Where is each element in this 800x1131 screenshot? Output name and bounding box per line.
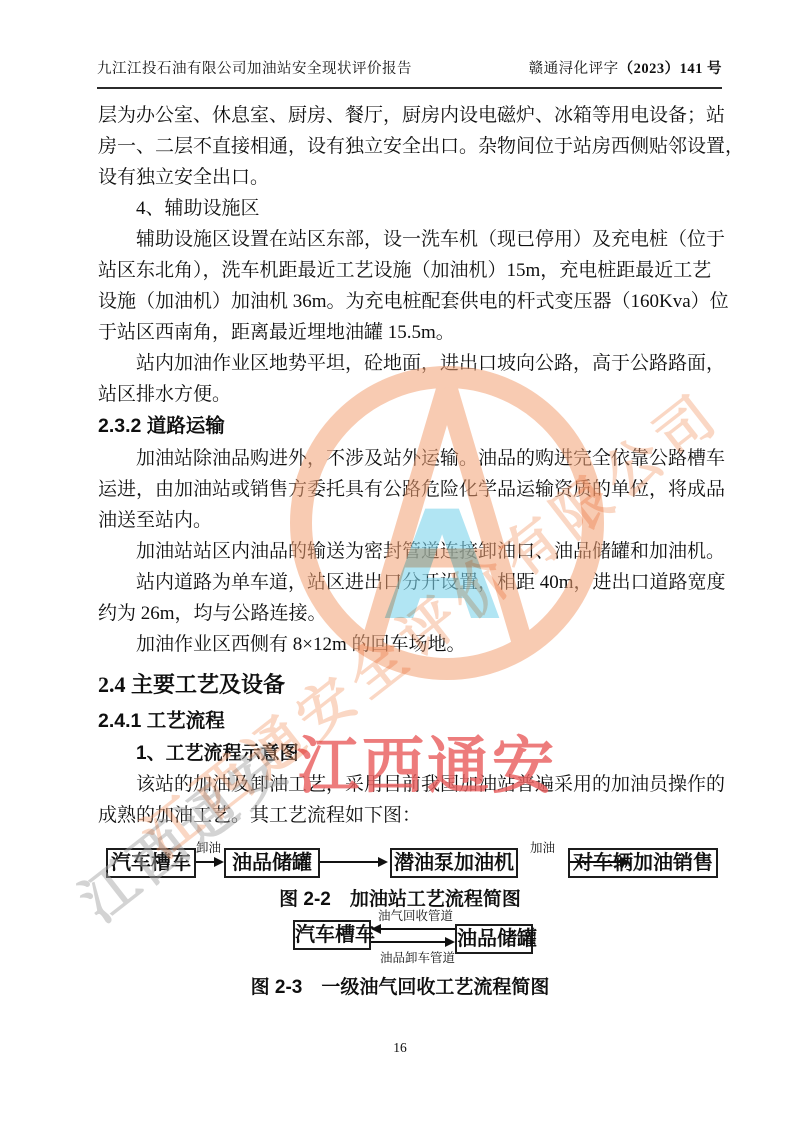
flow-arrowhead <box>371 924 381 934</box>
flow-box-oil-storage-tank: 油品储罐 <box>224 848 320 878</box>
list-item-4: 4、辅助设施区 <box>98 193 724 224</box>
flow-box-refuel-sales: 对车辆加油销售 <box>568 848 718 878</box>
heading-2-3-2: 2.3.2 道路运输 <box>98 410 724 443</box>
heading-2-4: 2.4 主要工艺及设备 <box>98 665 724 705</box>
flow-arrowhead <box>214 857 224 867</box>
document-page: 九江江投石油有限公司加油站安全现状评价报告 赣通浔化评字（2023）141 号 … <box>0 0 800 1131</box>
header-report-title: 九江江投石油有限公司加油站安全现状评价报告 <box>97 57 412 78</box>
flow-arrow-label-oil-unloading-pipe: 油品卸车管道 <box>380 952 455 965</box>
page-number: 16 <box>0 1040 800 1056</box>
figure-2-2-caption: 图 2-2 加油站工艺流程简图 <box>0 884 800 911</box>
flow-arrowhead <box>620 857 630 867</box>
text-line: 站区排水方便。 <box>98 379 724 410</box>
heading-2-4-1: 2.4.1 工艺流程 <box>98 705 724 738</box>
text-line: 房一、二层不直接相通，设有独立安全出口。杂物间位于站房西侧贴邻设置， <box>98 131 724 162</box>
flow-box-oil-storage-tank: 油品储罐 <box>455 924 533 954</box>
flow-arrow-label-refuel: 加油 <box>530 842 555 855</box>
text-line: 设有独立安全出口。 <box>98 162 724 193</box>
text-line: 油送至站内。 <box>98 505 724 536</box>
flow-box-tanker-truck: 汽车槽车 <box>293 920 371 950</box>
heading-flow-diagram: 1、工艺流程示意图 <box>98 738 724 769</box>
figure-2-3-caption: 图 2-3 一级油气回收工艺流程简图 <box>0 972 800 999</box>
text-line: 加油站除油品购进外，不涉及站外运输。油品的购进完全依靠公路槽车 <box>98 443 724 474</box>
flow-box-tanker-truck: 汽车槽车 <box>106 848 196 878</box>
page-header: 九江江投石油有限公司加油站安全现状评价报告 赣通浔化评字（2023）141 号 <box>97 57 722 89</box>
flow-arrow-line <box>320 861 380 863</box>
flow-arrow-line <box>371 941 446 943</box>
header-doc-number-prefix: 赣通浔化评字 <box>529 61 619 77</box>
text-line: 约为 26m，均与公路连接。 <box>98 598 724 629</box>
flow-arrow-line <box>380 928 455 930</box>
body-text: 层为办公室、休息室、厨房、餐厅，厨房内设电磁炉、冰箱等用电设备；站 房一、二层不… <box>98 100 724 831</box>
text-line: 层为办公室、休息室、厨房、餐厅，厨房内设电磁炉、冰箱等用电设备；站 <box>98 100 724 131</box>
header-doc-number: 赣通浔化评字（2023）141 号 <box>529 57 722 78</box>
text-line: 站区东北角），洗车机距最近工艺设施（加油机）15m，充电桩距最近工艺 <box>98 255 724 286</box>
text-line: 运进，由加油站或销售方委托具有公路危险化学品运输资质的单位，将成品 <box>98 474 724 505</box>
text-line: 站内加油作业区地势平坦，砼地面，进出口坡向公路，高于公路路面， <box>98 348 724 379</box>
text-line: 加油作业区西侧有 8×12m 的回车场地。 <box>98 629 724 660</box>
text-line: 设施（加油机）加油机 36m。为充电桩配套供电的杆式变压器（160Kva）位 <box>98 286 724 317</box>
flow-arrowhead <box>445 937 455 947</box>
figure-2-2-flow-diagram: 汽车槽车 卸油 油品储罐 潜油泵加油机 加油 对车辆加油销售 <box>98 842 722 884</box>
flow-arrow-line <box>196 861 216 863</box>
header-doc-number-bold: （2023）141 号 <box>619 61 722 77</box>
text-line: 站内道路为单车道，站区进出口分开设置，相距 40m，进出口道路宽度 <box>98 567 724 598</box>
figure-2-3-flow-diagram: 汽车槽车 油品储罐 油气回收管道 油品卸车管道 <box>98 908 722 970</box>
text-line: 于站区西南角，距离最近埋地油罐 15.5m。 <box>98 317 724 348</box>
flow-arrowhead <box>378 857 388 867</box>
flow-arrow-line <box>570 861 622 863</box>
text-line: 辅助设施区设置在站区东部，设一洗车机（现已停用）及充电桩（位于 <box>98 224 724 255</box>
text-line: 加油站站区内油品的输送为密封管道连接卸油口、油品储罐和加油机。 <box>98 536 724 567</box>
flow-box-submersible-pump-dispenser: 潜油泵加油机 <box>390 848 518 878</box>
flow-arrow-label-unload: 卸油 <box>196 842 221 855</box>
text-line: 成熟的加油工艺。其工艺流程如下图： <box>98 800 724 831</box>
text-line: 该站的加油及卸油工艺，采用目前我国加油站普遍采用的加油员操作的 <box>98 769 724 800</box>
flow-arrow-label-vapor-recovery-pipe: 油气回收管道 <box>378 910 453 923</box>
